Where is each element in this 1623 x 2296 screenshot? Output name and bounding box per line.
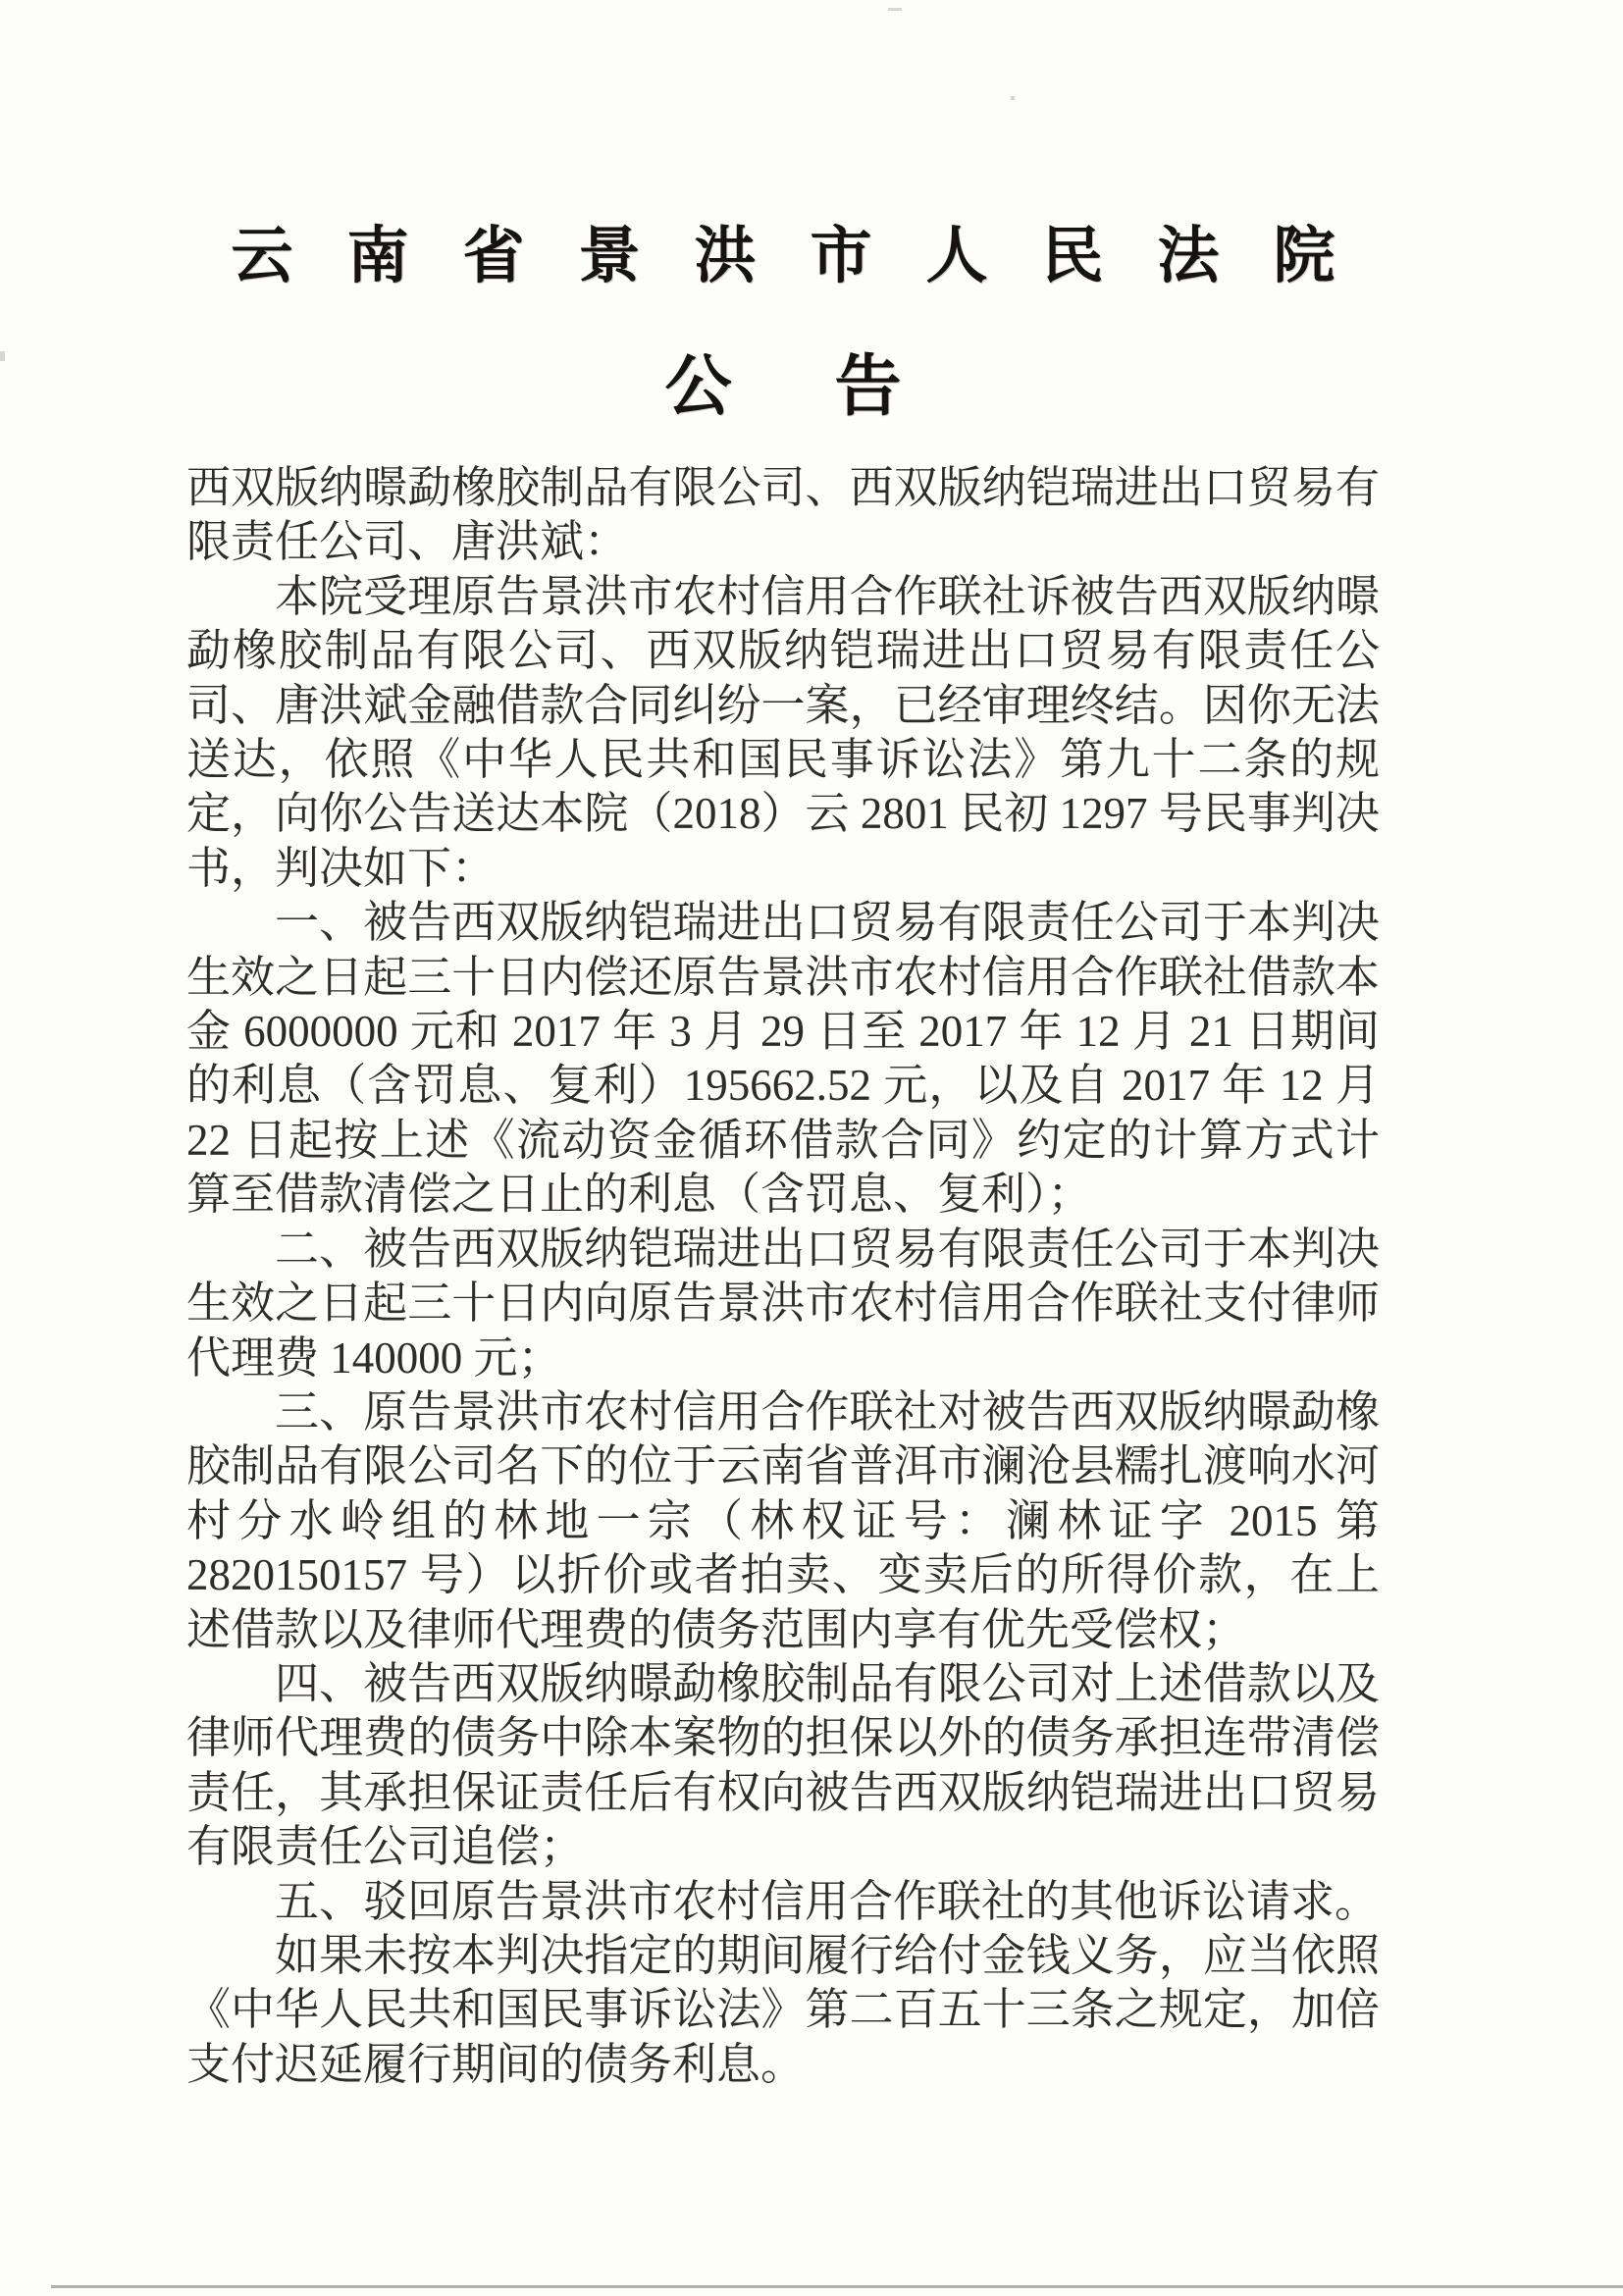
announcement-title: 公告 [186, 349, 1483, 424]
scanned-court-notice-page: 云南省景洪市人民法院 公告 西双版纳暻勐橡胶制品有限公司、西双版纳铠瑞进出口贸易… [0, 0, 1623, 2296]
scan-speck [1011, 96, 1015, 100]
judgment-item-4: 四、被告西双版纳暻勐橡胶制品有限公司对上述借款以及律师代理费的债务中除本案物的担… [186, 1657, 1380, 1875]
document-column: 云南省景洪市人民法院 公告 西双版纳暻勐橡胶制品有限公司、西双版纳铠瑞进出口贸易… [186, 0, 1380, 2092]
recipients-line: 西双版纳暻勐橡胶制品有限公司、西双版纳铠瑞进出口贸易有限责任公司、唐洪斌： [186, 461, 1380, 570]
scanner-edge-artifact [51, 2285, 1623, 2288]
notice-body: 西双版纳暻勐橡胶制品有限公司、西双版纳铠瑞进出口贸易有限责任公司、唐洪斌： 本院… [186, 461, 1380, 2092]
judgment-item-3: 三、原告景洪市农村信用合作联社对被告西双版纳暻勐橡胶制品有限公司名下的位于云南省… [186, 1385, 1380, 1657]
judgment-item-1: 一、被告西双版纳铠瑞进出口贸易有限责任公司于本判决生效之日起三十日内偿还原告景洪… [186, 896, 1380, 1222]
scan-speck [0, 351, 5, 361]
judgment-item-2: 二、被告西双版纳铠瑞进出口贸易有限责任公司于本判决生效之日起三十日内向原告景洪市… [186, 1223, 1380, 1385]
judgment-item-5: 五、驳回原告景洪市农村信用合作联社的其他诉讼请求。 [186, 1875, 1380, 1929]
scan-speck [888, 8, 902, 11]
paragraph-case-intro: 本院受理原告景洪市农村信用合作联社诉被告西双版纳暻勐橡胶制品有限公司、西双版纳铠… [186, 570, 1380, 896]
court-name-title: 云南省景洪市人民法院 [186, 0, 1434, 290]
paragraph-late-performance-warning: 如果未按本判决指定的期间履行给付金钱义务，应当依照《中华人民共和国民事诉讼法》第… [186, 1929, 1380, 2092]
